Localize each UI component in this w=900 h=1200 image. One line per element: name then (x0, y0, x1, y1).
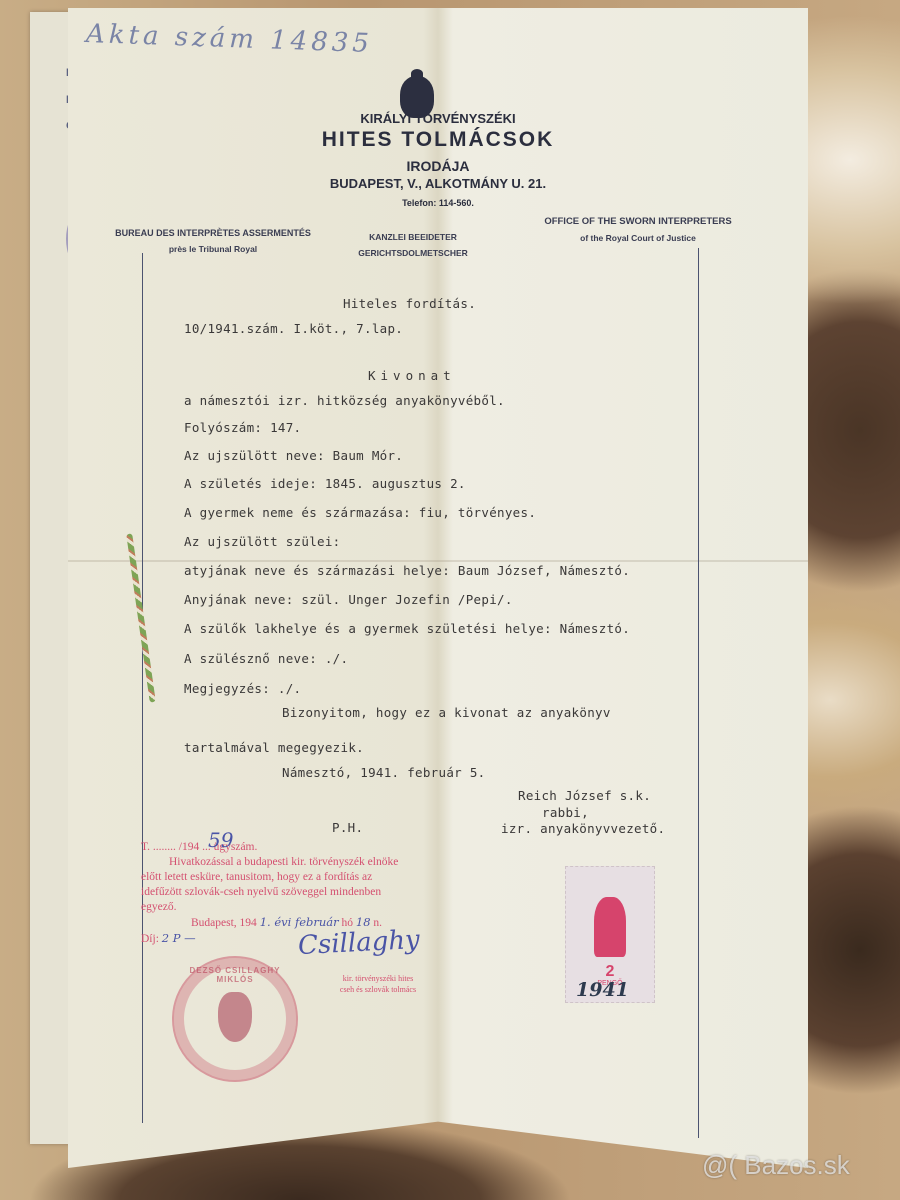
letterhead-title: HITES TOLMÁCSOK (288, 128, 588, 152)
seal-coat-of-arms-icon (218, 992, 252, 1042)
letterhead-french: BUREAU DES INTERPRÈTES ASSERMENTÉS près … (98, 228, 328, 254)
ph-mark: P.H. (332, 820, 363, 835)
red-text-line: Hivatkozással a budapesti kir. törvénysz… (141, 855, 451, 870)
document-subtitle: a námesztói izr. hitközség anyakönyvéből… (184, 393, 505, 408)
letterhead-line3: IRODÁJA (288, 158, 588, 174)
handwritten-date: 1. évi február (260, 915, 339, 929)
ho-label: hó (342, 917, 354, 929)
right-margin-line (698, 248, 699, 1138)
handwritten-fee: 2 P — (162, 931, 196, 945)
stamp-figure-icon (594, 897, 626, 957)
interpreter-title-2: cseh és szlovák tolmács (313, 984, 443, 995)
entry-residence: A szülők lakhelye és a gyermek születési… (184, 621, 630, 636)
document-title: Kivonat (368, 368, 456, 383)
heading: Hiteles fordítás. (343, 296, 476, 311)
entry-father: atyjának neve és származási helye: Baum … (184, 563, 630, 578)
letterhead-phone: Telefon: 114-560. (288, 198, 588, 208)
signer-title: rabbi, (542, 805, 589, 820)
certification-line2: tartalmával megegyezik. (184, 740, 364, 755)
case-number-line: T. ........ /194 ... ügyszám. (141, 840, 451, 855)
letterhead-line1: KIRÁLYI TÖRVÉNYSZÉKI (288, 111, 588, 126)
reference-number: 10/1941.szám. I.köt., 7.lap. (184, 321, 403, 336)
entry-parents-label: Az ujszülött szülei: (184, 534, 341, 549)
english-line2: of the Royal Court of Justice (523, 233, 753, 243)
interpreter-title: kir. törvényszéki hites cseh és szlovák … (313, 973, 443, 995)
certification-line1: Bizonyitom, hogy ez a kivonat az anyakön… (282, 705, 611, 720)
entry-remarks: Megjegyzés: ./. (184, 681, 301, 696)
watermark: @( Bazos.sk (702, 1150, 850, 1181)
entry-mother: Anyjának neve: szül. Unger Jozefin /Pepi… (184, 592, 513, 607)
left-margin-line (142, 253, 143, 1123)
document-sheet: Akta szám 14835 KIRÁLYI TÖRVÉNYSZÉKI HIT… (68, 8, 808, 1168)
interpreter-signature: Csillaghy (297, 925, 420, 961)
stamp-handwritten-year: 1941 (576, 979, 629, 1001)
entry-birth-date: A születés ideje: 1845. augusztus 2. (184, 476, 466, 491)
seal-text: DEZSŐ CSILLAGHY MIKLÓS (174, 966, 296, 984)
case-number-template: T. ........ /194 ... ügyszám. (141, 841, 257, 853)
french-line2: près le Tribunal Royal (98, 244, 328, 254)
letterhead-address: BUDAPEST, V., ALKOTMÁNY U. 21. (288, 176, 588, 191)
entry-name: Az ujszülött neve: Baum Mór. (184, 448, 403, 463)
handwritten-case-number: 59 (208, 828, 233, 852)
french-line1: BUREAU DES INTERPRÈTES ASSERMENTÉS (115, 228, 311, 238)
entry-midwife: A szülésznő neve: ./. (184, 651, 348, 666)
place-label: Budapest, 194 (191, 917, 257, 929)
german-line2: GERICHTSDOLMETSCHER (338, 248, 488, 258)
fee-label: Díj: (141, 933, 159, 945)
revenue-stamp: 2 PENGŐ 1941 (565, 866, 655, 1003)
entry-sex: A gyermek neme és származása: fiu, törvé… (184, 505, 536, 520)
handwritten-file-number: Akta szám 14835 (86, 19, 374, 59)
interpreter-seal-icon: DEZSŐ CSILLAGHY MIKLÓS (172, 956, 298, 1082)
interpreter-title-1: kir. törvényszéki hites (313, 973, 443, 984)
letterhead-german: KANZLEI BEEIDETER GERICHTSDOLMETSCHER (338, 232, 488, 258)
english-line1: OFFICE OF THE SWORN INTERPRETERS (544, 216, 731, 227)
letterhead-english: OFFICE OF THE SWORN INTERPRETERS of the … (523, 216, 753, 243)
entry-serial: Folyószám: 147. (184, 420, 301, 435)
german-line1: KANZLEI BEEIDETER (369, 232, 457, 242)
fold-line (68, 560, 808, 562)
red-text-line: előtt letett esküre, tanusitom, hogy ez … (141, 870, 451, 885)
signer-role: izr. anyakönyvvezető. (501, 821, 665, 836)
place-date: Námesztó, 1941. február 5. (282, 765, 485, 780)
signer-name: Reich József s.k. (518, 788, 651, 803)
red-text-line: idefűzött szlovák-cseh nyelvű szöveggel … (141, 885, 451, 900)
red-text-line: egyező. (141, 900, 451, 915)
